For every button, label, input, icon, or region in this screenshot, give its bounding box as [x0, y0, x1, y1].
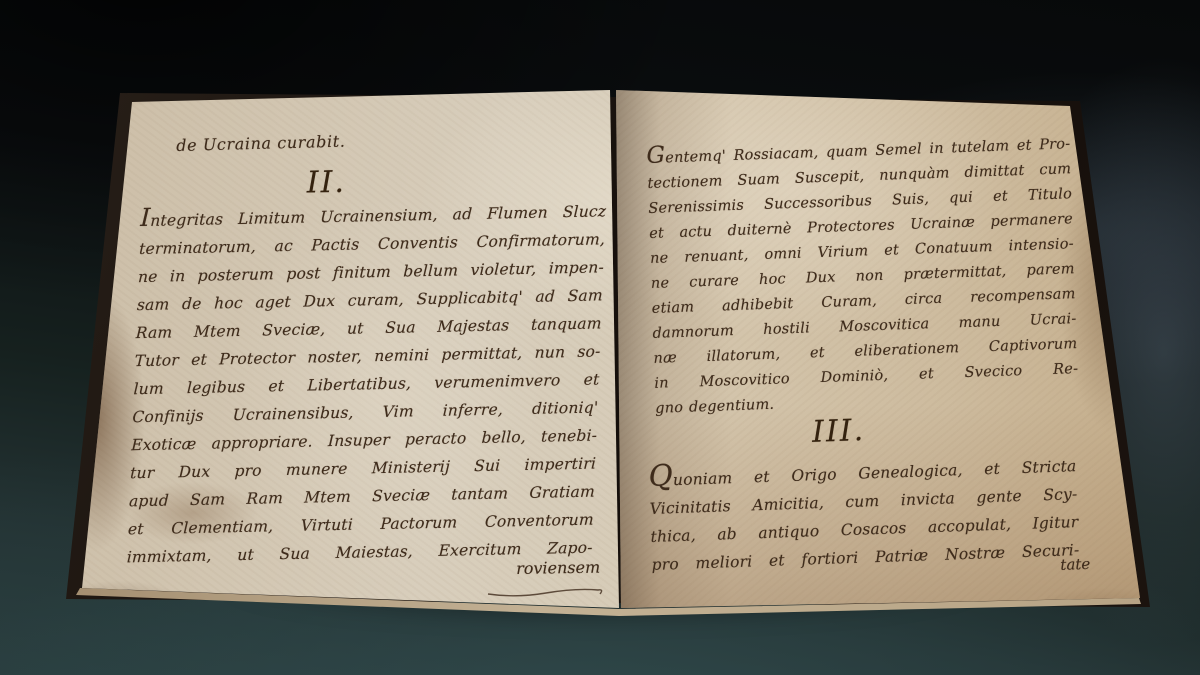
left-section-heading: II. [276, 164, 377, 201]
left-body: Integritas Limitum Ucrainensium, ad Flum… [126, 194, 607, 571]
right-catchword: tate [1000, 555, 1091, 576]
right-section-heading: III. [778, 412, 899, 451]
catchword-flourish [486, 584, 604, 598]
left-catchword: roviensem [460, 558, 600, 579]
museum-photo: de Ucraina curabit. II. Integritas Limit… [0, 0, 1200, 675]
right-body-1: Gentemq' Rossiacam, quam Semel in tutela… [646, 128, 1079, 422]
